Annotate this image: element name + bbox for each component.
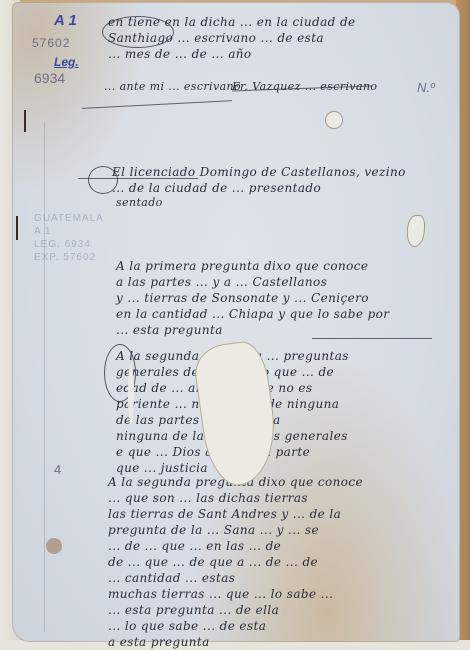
signature-escrivano: ... ante mi ... escrivano <box>104 80 241 93</box>
title-line: ... de la ciudad de ... presentado <box>112 180 406 196</box>
torn-hole-left <box>128 364 134 424</box>
torn-hole-small <box>408 216 424 246</box>
testimony-line: en la cantidad ... Chiapa y que lo sabe … <box>116 306 389 322</box>
testimony-line: de ... que ... de que a ... de ... de <box>108 554 363 570</box>
signature-rubric <box>82 100 232 109</box>
stamp-line: EXP. 57602 <box>34 251 104 264</box>
testimony-line: ... esta pregunta ... de ella <box>108 602 363 618</box>
testimony-line: A la primera pregunta dixo que conoce <box>116 258 389 274</box>
title-line: El licenciado Domingo de Castellanos, ve… <box>112 164 406 180</box>
header-line: ... mes de ... de ... año <box>108 46 356 62</box>
line-filler-rule <box>312 338 432 339</box>
binding-mark <box>16 216 18 240</box>
testimony-line: a esta pregunta <box>108 634 363 650</box>
testimony-line: ... esta pregunta <box>116 322 389 338</box>
testimony-line: ... cantidad ... estas <box>108 570 363 586</box>
legajo-number: 6934 <box>34 70 65 86</box>
header-block: en tiene en la dicha ... en la ciudad de… <box>108 14 356 62</box>
binding-mark <box>24 110 26 132</box>
foxing-stain <box>46 538 62 554</box>
title-block: El licenciado Domingo de Castellanos, ve… <box>112 164 406 196</box>
stamp-line: LEG. 6934 <box>34 238 104 251</box>
testimony-paragraph-1: A la primera pregunta dixo que conoce a … <box>116 258 389 338</box>
expediente-number: 57602 <box>32 36 70 50</box>
archive-stamp: GUATEMALA A 1 LEG. 6934 EXP. 57602 <box>34 212 104 264</box>
testimony-line: a las partes ... y a ... Castellanos <box>116 274 389 290</box>
testimony-paragraph-3: A la segunda pregunta dixo que conoce ..… <box>108 474 363 650</box>
testimony-line: ... lo que sabe ... de esta <box>108 618 363 634</box>
legajo-label: Leg. <box>54 55 79 69</box>
testimony-line: ... de ... que ... en las ... de <box>108 538 363 554</box>
header-line: en tiene en la dicha ... en la ciudad de <box>108 14 356 30</box>
title-line-sentado: sentado <box>116 196 163 209</box>
header-line: Santhiago ... escrivano ... de esta <box>108 30 356 46</box>
testimony-line: pregunta de la ... Sana ... y ... se <box>108 522 363 538</box>
testimony-line: las tierras de Sant Andres y ... de la <box>108 506 363 522</box>
manuscript-page: A 1 57602 Leg. 6934 N.º GUATEMALA A 1 LE… <box>12 2 460 642</box>
margin-note: N.º <box>417 80 435 95</box>
folio-annotation: A 1 <box>54 12 77 29</box>
stamp-line: GUATEMALA <box>34 212 104 225</box>
testimony-line: ... que son ... las dichas tierras <box>108 490 363 506</box>
torn-hole-top <box>326 112 342 128</box>
margin-mark: 4 <box>54 462 61 477</box>
testimony-line: muchas tierras ... que ... lo sabe ... <box>108 586 363 602</box>
stamp-line: A 1 <box>34 225 104 238</box>
testimony-line: y ... tierras de Sonsonate y ... Ceniçer… <box>116 290 389 306</box>
margin-rule <box>44 122 45 632</box>
